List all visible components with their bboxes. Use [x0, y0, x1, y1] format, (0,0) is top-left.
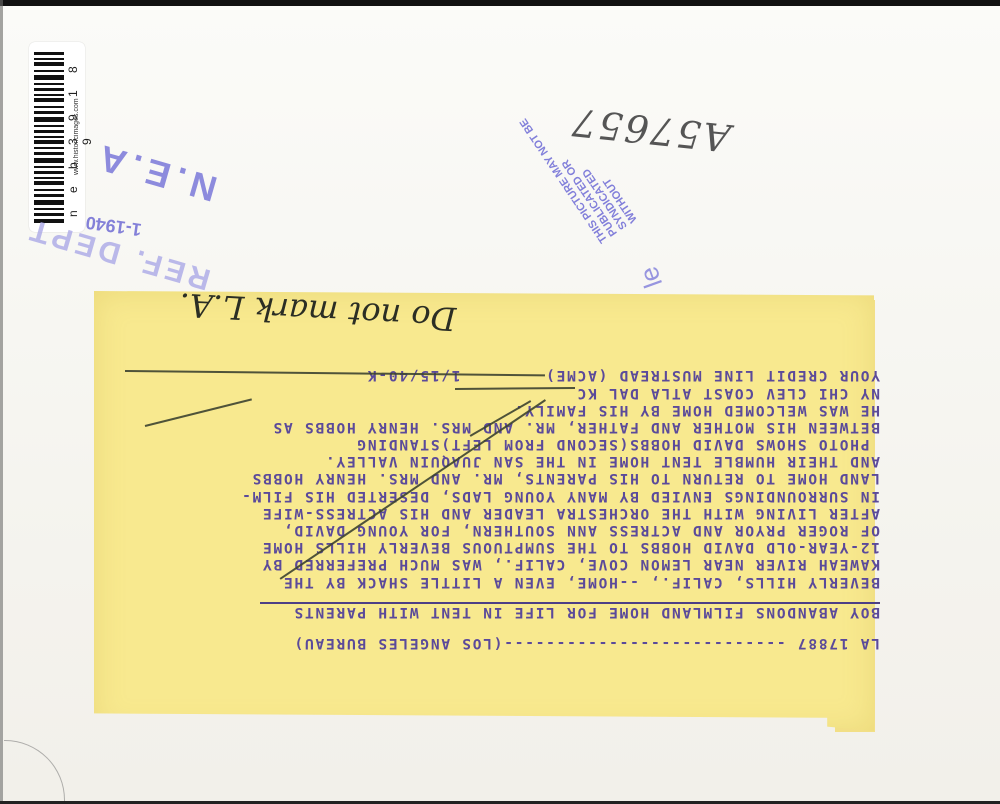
caption-line: BETWEEN HIS MOTHER AND FATHER, MR. AND M… [120, 419, 880, 436]
caption-line: PHOTO SHOWS DAVID HOBBS(SECOND FROM LEFT… [120, 436, 880, 453]
caption-line: LAND HOME TO RETURN TO HIS PARENTS, MR. … [120, 470, 880, 487]
caption-headline: BOY ABANDONS FILMLAND HOME FOR LIFE IN T… [260, 602, 880, 621]
caption-line: AFTER LIVING WITH THE ORCHESTRA LEADER A… [120, 505, 880, 522]
caption-line: 12-YEAR-OLD DAVID HOBBS TO THE SUMPTUOUS… [120, 539, 880, 556]
caption-line: AND THEIR HUMBLE TENT HOME IN THE SAN JU… [120, 453, 880, 470]
caption-line: KAWEAH RIVER NEAR LEMON COVE, CALIF., WA… [120, 556, 880, 573]
caption-line: OF ROGER PRYOR AND ACTRESS ANN SOUTHERN,… [120, 522, 880, 539]
barcode-icon [34, 50, 64, 226]
barcode-label: n e b 3 9 1 8 9 www.historicimages.com [29, 42, 85, 232]
caption-line: IN SURROUNDINGS ENVIED BY MANY YOUNG LAD… [120, 488, 880, 505]
bureau-line: LA 17887 ---------------------------(LOS… [120, 635, 880, 652]
barcode-url: www.historicimages.com [73, 52, 80, 222]
caption-line: BEVERLY HILLS, CALIF., --HOME, EVEN A LI… [120, 573, 880, 590]
